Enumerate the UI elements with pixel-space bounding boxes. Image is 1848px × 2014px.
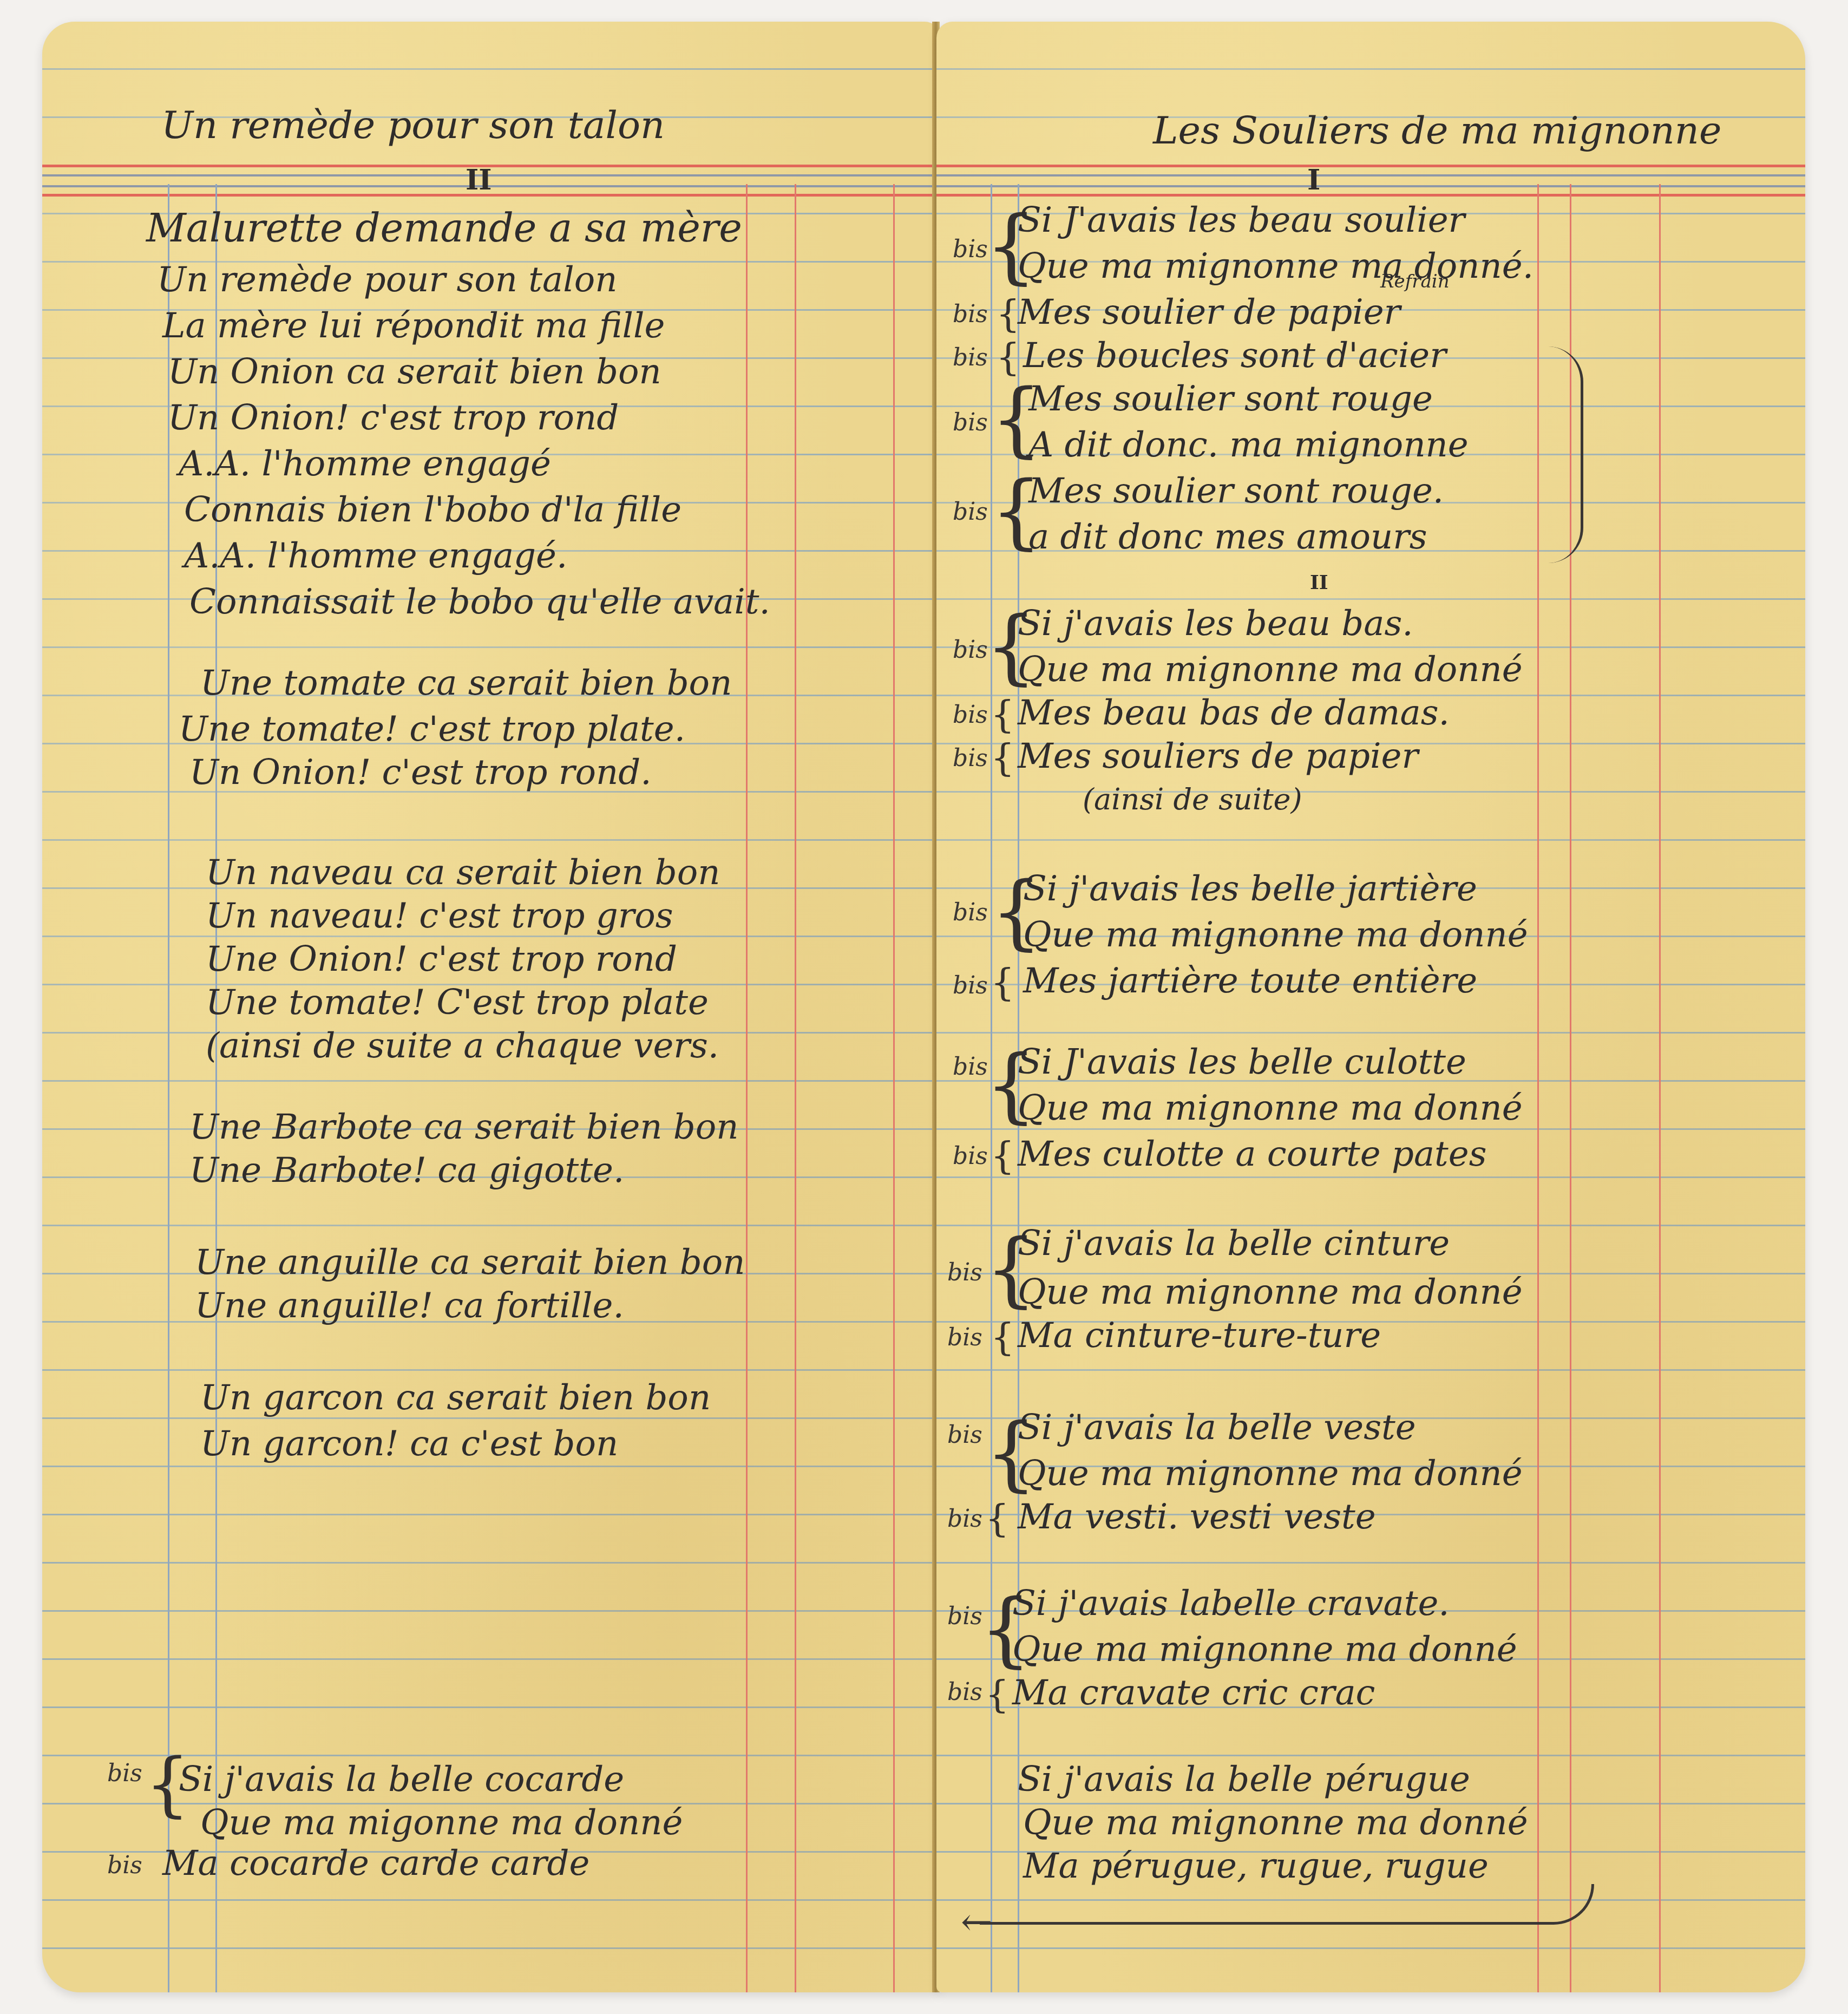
bis-mark: bis [947, 1505, 982, 1533]
brace: { [996, 338, 1020, 376]
lyric-line: Un Onion! c'est trop rond [168, 401, 619, 435]
lyric-line: Ma vesti. vesti veste [1018, 1500, 1376, 1534]
lyric-line: Un remède pour son talon [157, 263, 617, 297]
lyric-line: Une Barbote ca serait bien bon [189, 1110, 739, 1145]
column-line [1659, 184, 1661, 1992]
lyric-line: A.A. l'homme engagé [179, 447, 551, 481]
lyric-line: Que ma mignonne ma donné [1018, 1091, 1523, 1126]
lyric-line: Ma pérugue, rugue, rugue [1023, 1849, 1489, 1884]
lyric-line: Ma cravate cric crac [1012, 1676, 1375, 1710]
lyric-line: Connaissait le bobo qu'elle avait. [189, 585, 770, 619]
lyric-line: a dit donc mes amours [1028, 520, 1427, 554]
bis-mark: bis [953, 701, 988, 729]
left-arrow-icon: ← [961, 1903, 993, 1941]
lyric-line: Une anguille ca serait bien bon [195, 1245, 745, 1280]
bis-mark: bis [107, 1760, 142, 1787]
bis-mark: bis [953, 409, 988, 436]
lyric-line: Que ma mignonne ma donné [1023, 1806, 1528, 1840]
brace: { [991, 696, 1015, 734]
section-number: II [1310, 571, 1328, 594]
song-title: Un remède pour son talon [161, 103, 665, 147]
lyric-line: Mes soulier de papier [1018, 295, 1400, 330]
brace: { [991, 964, 1015, 1002]
brace: { [991, 1137, 1015, 1175]
lyric-line: Que ma mignonne ma donné. [1018, 249, 1534, 284]
lyric-line: Mes soulier sont rouge [1028, 382, 1433, 416]
lyric-line: Si j'avais la belle pérugue [1018, 1762, 1470, 1797]
lyric-line: Les boucles sont d'acier [1023, 338, 1446, 373]
lyric-line: Que ma mignonne ma donné [1018, 652, 1523, 687]
lyric-line: Une tomate ca serait bien bon [200, 666, 732, 701]
lyric-line: La mère lui répondit ma fille [162, 309, 665, 343]
bis-mark: bis [953, 636, 988, 664]
lyric-line: Un Onion ca serait bien bon [168, 355, 661, 389]
lyric-line: Une tomate! C'est trop plate [206, 985, 709, 1020]
lyric-line: Une tomate! c'est trop plate. [179, 712, 685, 747]
lyric-line: Une Barbote! ca gigotte. [189, 1153, 624, 1188]
brace: { [991, 739, 1015, 777]
brace: { [996, 295, 1020, 333]
lyric-line: Mes soulier sont rouge. [1028, 474, 1444, 508]
section-number: I [1307, 164, 1320, 197]
lyric-line: Un naveau! c'est trop gros [206, 899, 673, 933]
lyric-line: Que ma mignonne ma donné [1012, 1632, 1517, 1667]
lyric-line: Ma cinture-ture-ture [1018, 1318, 1381, 1353]
bis-mark: bis [947, 1259, 982, 1286]
margin-line [168, 184, 169, 1992]
lyric-line: Si j'avais la belle cinture [1018, 1226, 1450, 1261]
lyric-line: Si j'avais la belle cocarde [179, 1762, 624, 1797]
song-title: Les Souliers de ma mignonne [1153, 108, 1721, 153]
lyric-line: Un naveau ca serait bien bon [206, 855, 720, 890]
lyric-line: Si J'avais les beau soulier [1018, 203, 1465, 238]
lyric-line: Mes souliers de papier [1018, 739, 1418, 774]
lyric-line: Que ma mignonne ma donné [1018, 1456, 1523, 1491]
brace: { [985, 1676, 1010, 1714]
lyric-line: Que ma migonne ma donné [200, 1806, 683, 1840]
return-arrow-line [980, 1884, 1594, 1925]
lyric-line: Mes jartière toute entière [1023, 964, 1477, 998]
lyric-line: Un garcon ca serait bien bon [200, 1381, 711, 1415]
bis-mark: bis [947, 1324, 982, 1351]
bis-mark: bis [953, 899, 988, 926]
column-line [795, 184, 796, 1992]
column-line [746, 184, 748, 1992]
bis-mark: bis [953, 1142, 988, 1170]
lyric-line: Malurette demande a sa mère [146, 208, 742, 247]
lyric-line: Un garcon! ca c'est bon [200, 1427, 618, 1461]
section-number: II [466, 164, 492, 197]
bis-mark: bis [953, 1053, 988, 1081]
lyric-line: Connais bien l'bobo d'la fille [184, 493, 681, 527]
bis-mark: bis [953, 236, 988, 263]
lyric-line: Un Onion! c'est trop rond. [189, 755, 652, 790]
bis-mark: bis [953, 498, 988, 526]
lyric-line: Une anguille! ca fortille. [195, 1289, 624, 1323]
column-line [1537, 184, 1539, 1992]
bis-mark: bis [953, 300, 988, 328]
brace: { [985, 1500, 1010, 1538]
column-line [893, 184, 895, 1992]
bis-mark: bis [107, 1852, 142, 1879]
brace: { [991, 1318, 1015, 1356]
lyric-line: Ma cocarde carde carde [162, 1846, 589, 1881]
lyric-line: Une Onion! c'est trop rond [206, 942, 677, 977]
lyric-line: Si j'avais labelle cravate. [1012, 1586, 1450, 1621]
lyric-line: Que ma mignonne ma donné [1023, 918, 1528, 952]
lyric-line: Mes beau bas de damas. [1018, 696, 1450, 730]
bis-mark: bis [947, 1421, 982, 1449]
lyric-line: A.A. l'homme engagé. [184, 539, 567, 573]
bis-mark: bis [953, 344, 988, 371]
bis-mark: bis [947, 1678, 982, 1706]
lyric-line: Mes culotte a courte pates [1018, 1137, 1487, 1172]
lyric-line: Que ma mignonne ma donné [1018, 1275, 1523, 1310]
left-notebook-page: Un remède pour son talon II Malurette de… [42, 22, 941, 1992]
bis-mark: bis [953, 972, 988, 999]
refrain-bracket [1548, 346, 1583, 563]
ainsi-de-suite-note: (ainsi de suite) [1083, 785, 1302, 814]
lyric-line: Si j'avais les beau bas. [1018, 606, 1413, 641]
lyric-line: Si J'avais les belle culotte [1018, 1045, 1466, 1080]
lyric-line: A dit donc. ma mignonne [1028, 428, 1469, 462]
bis-mark: bis [947, 1603, 982, 1630]
header-rule [936, 162, 1805, 200]
bis-mark: bis [953, 744, 988, 772]
lyric-line: (ainsi de suite a chaque vers. [206, 1029, 719, 1063]
lyric-line: Si j'avais la belle veste [1018, 1410, 1416, 1445]
right-notebook-page: Les Souliers de ma mignonne I Refrain bi… [936, 22, 1805, 1992]
lyric-line: Si j'avais les belle jartière [1023, 872, 1477, 906]
